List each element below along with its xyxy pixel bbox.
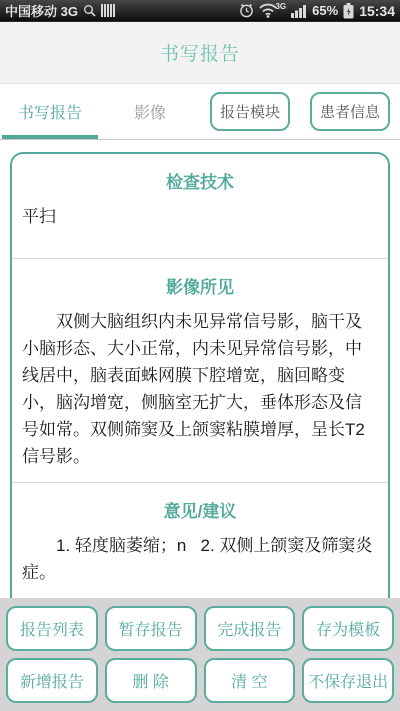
page-title: 书写报告 [160,39,240,66]
action-row-2: 新增报告 删 除 清 空 不保存退出 [4,658,396,703]
section-heading: 影像所见 [12,259,388,298]
clock-label: 15:34 [359,3,395,19]
save-draft-button[interactable]: 暂存报告 [105,606,197,651]
battery-percent-label: 65% [312,3,338,18]
tab-write-report[interactable]: 书写报告 [0,84,100,139]
bottom-action-bar: 报告列表 暂存报告 完成报告 存为模板 新增报告 删 除 清 空 不保存退出 [0,598,400,711]
tab-label: 患者信息 [310,92,390,131]
section-heading: 意见/建议 [12,483,388,522]
status-bar: 中国移动 3G 3G 65% 15:34 [0,0,400,22]
report-list-button[interactable]: 报告列表 [6,606,98,651]
tab-label: 书写报告 [18,100,82,123]
network-badge: 3G [275,2,286,11]
app-screen: 中国移动 3G 3G 65% 15:34 书写报告 书写报告 [0,0,400,711]
delete-button[interactable]: 删 除 [105,658,197,703]
battery-icon [343,3,354,19]
tab-bar: 书写报告 影像 报告模块 患者信息 [0,84,400,140]
signal-bars-icon [291,4,307,18]
new-report-button[interactable]: 新增报告 [6,658,98,703]
wifi-icon: 3G [259,3,286,18]
save-as-template-button[interactable]: 存为模板 [302,606,394,651]
carrier-label: 中国移动 3G [5,1,78,20]
tab-report-template[interactable]: 报告模块 [200,84,300,139]
stripes-icon [101,4,115,17]
tab-patient-info[interactable]: 患者信息 [300,84,400,139]
section-heading: 检查技术 [12,154,388,193]
opinion-text[interactable]: 1. 轻度脑萎缩；n 2. 双侧上颌窦及筛窦炎症。 [12,522,388,586]
report-card: 检查技术 平扫 影像所见 双侧大脑组织内未见异常信号影，脑干及小脑形态、大小正常… [10,152,390,598]
action-row-1: 报告列表 暂存报告 完成报告 存为模板 [4,606,396,651]
finish-report-button[interactable]: 完成报告 [204,606,296,651]
tab-images[interactable]: 影像 [100,84,200,139]
search-icon [83,4,96,17]
section-exam-technique: 检查技术 平扫 [12,154,388,258]
active-tab-underline [2,135,98,139]
title-bar: 书写报告 [0,22,400,84]
section-imaging-findings: 影像所见 双侧大脑组织内未见异常信号影，脑干及小脑形态、大小正常，内未见异常信号… [12,259,388,482]
imaging-findings-text[interactable]: 双侧大脑组织内未见异常信号影，脑干及小脑形态、大小正常，内未见异常信号影，中线居… [12,298,388,470]
tab-label: 影像 [134,100,166,123]
exit-without-saving-button[interactable]: 不保存退出 [302,658,394,703]
clear-button[interactable]: 清 空 [204,658,296,703]
section-opinion: 意见/建议 1. 轻度脑萎缩；n 2. 双侧上颌窦及筛窦炎症。 [12,483,388,598]
exam-technique-text[interactable]: 平扫 [12,193,388,230]
report-content-area: 检查技术 平扫 影像所见 双侧大脑组织内未见异常信号影，脑干及小脑形态、大小正常… [0,140,400,598]
alarm-icon [239,3,254,18]
tab-label: 报告模块 [210,92,290,131]
